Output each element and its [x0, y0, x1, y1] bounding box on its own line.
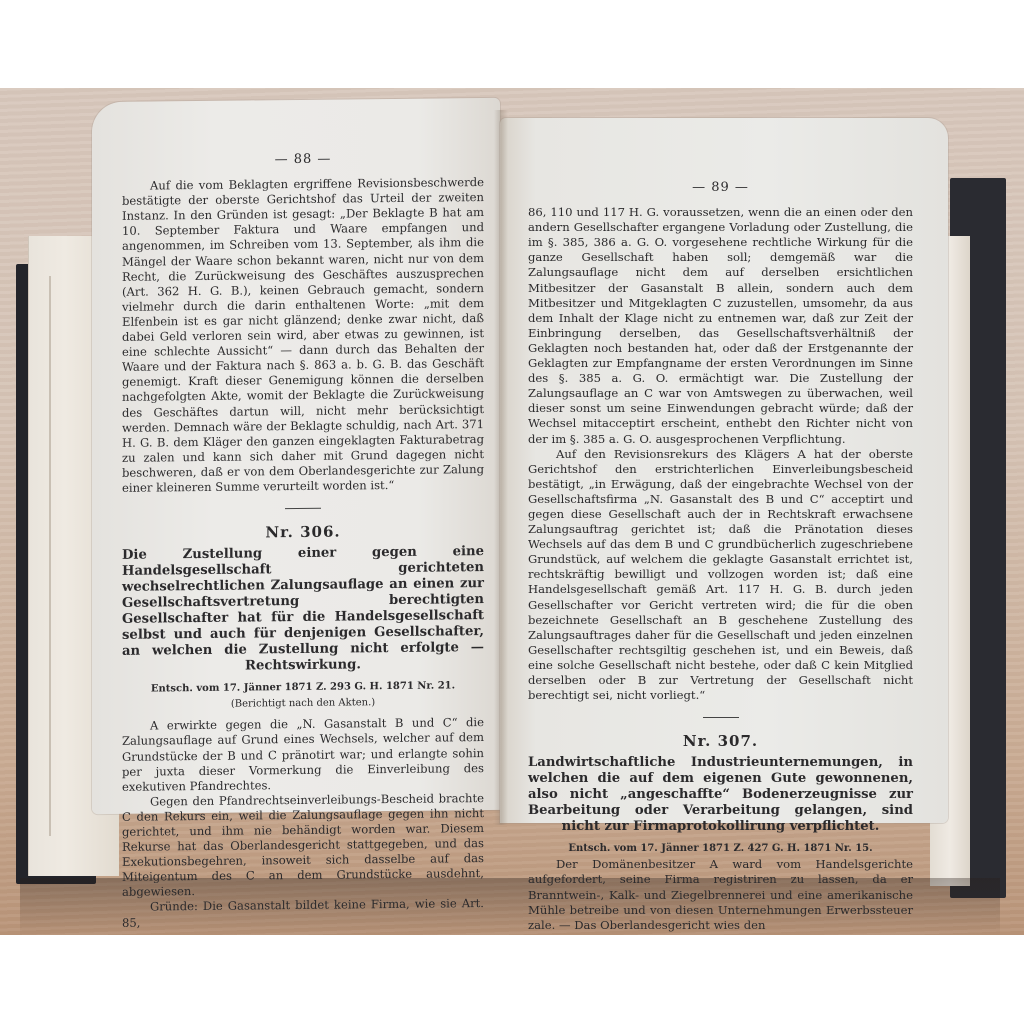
- book-gutter: [494, 110, 508, 825]
- section-citation: Entsch. vom 17. Jänner 1871 Z. 427 G. H.…: [528, 841, 913, 856]
- page-number: — 88 —: [122, 150, 484, 169]
- right-page: — 89 — 86, 110 und 117 H. G. voraussetze…: [500, 118, 948, 823]
- left-page: — 88 — Auf die vom Beklagten ergriffene …: [92, 98, 500, 814]
- section-divider: [285, 508, 321, 509]
- page-number: — 89 —: [528, 180, 913, 195]
- section-number: Nr. 307.: [528, 734, 913, 749]
- citation-note: (Berichtigt nach den Akten.): [122, 694, 484, 713]
- paragraph: A erwirkte gegen die „N. Gasanstalt B un…: [122, 715, 484, 794]
- section-divider: [703, 717, 739, 718]
- left-page-content: — 88 — Auf die vom Beklagten ergriffene …: [122, 150, 484, 930]
- right-page-content: — 89 — 86, 110 und 117 H. G. voraussetze…: [528, 180, 913, 933]
- paragraph: Gründe: Die Gasanstalt bildet keine Firm…: [122, 896, 484, 930]
- paragraph: 86, 110 und 117 H. G. voraussetzen, wenn…: [528, 205, 913, 447]
- paragraph: Der Domänenbesitzer A ward vom Handelsge…: [528, 857, 913, 932]
- section-number: Nr. 306.: [122, 523, 484, 542]
- paragraph: Auf die vom Beklagten ergriffene Revisio…: [122, 175, 484, 496]
- section-headnote: Die Zustellung einer gegen eine Handelsg…: [122, 544, 484, 676]
- section-headnote: Landwirtschaftliche Industrieunternemung…: [528, 755, 913, 835]
- paragraph: Auf den Revisionsrekurs des Klägers A ha…: [528, 447, 913, 704]
- paragraph: Gegen den Pfandrechtseinverleibungs-Besc…: [122, 791, 484, 900]
